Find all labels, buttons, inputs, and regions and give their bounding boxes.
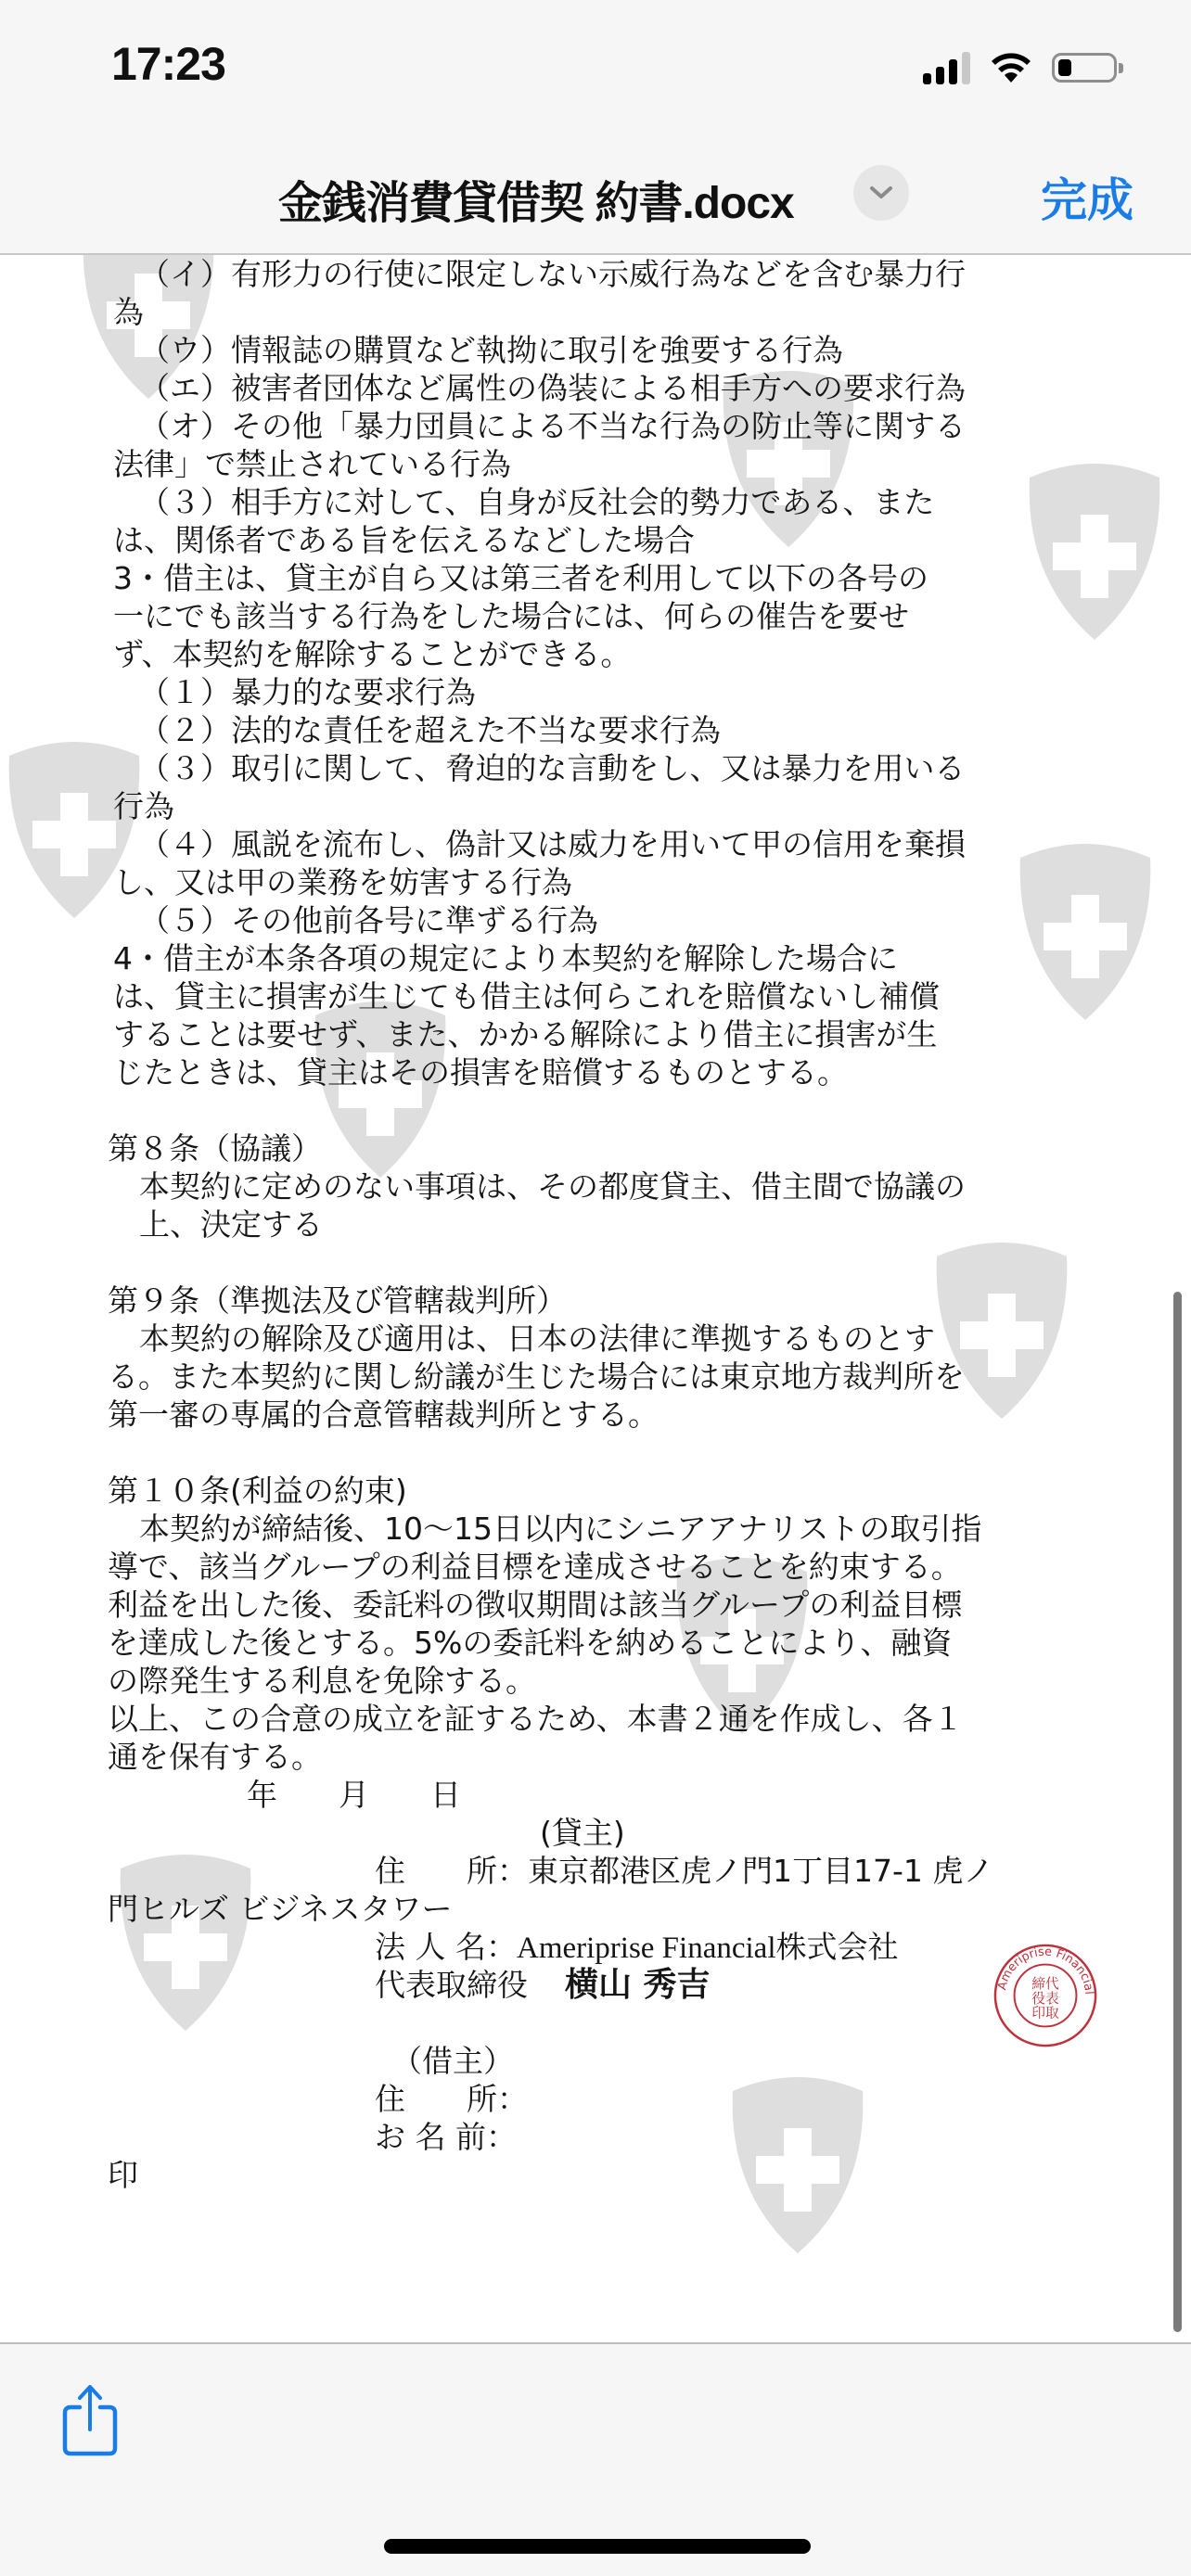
chevron-down-icon	[869, 185, 893, 200]
article-8-heading: 第８条（協議）	[108, 1129, 1078, 1167]
doc-line: （２）法的な責任を超えた不当な要求行為	[113, 711, 1078, 749]
doc-line: することは要せず、また、かかる解除により借主に損害が生	[113, 1015, 1078, 1053]
company-seal-stamp: Ameriprise Financial 締代 役表 印取	[991, 1941, 1100, 2050]
doc-line: 本契約が締結後、10～15日以内にシニアアナリストの取引指	[113, 1510, 1078, 1548]
doc-line: 上、決定する	[113, 1205, 1078, 1243]
doc-line: 法律」で禁止されている行為	[113, 445, 1078, 483]
closing-line: 通を保有する。	[108, 1738, 1078, 1776]
doc-line: 本契約に定めのない事項は、その都度貸主、借主間で協議の	[113, 1167, 1078, 1205]
article-10-heading: 第１０条(利益の約束)	[108, 1472, 1078, 1510]
share-icon[interactable]	[61, 2383, 119, 2457]
wifi-icon	[991, 52, 1031, 83]
status-bar: 17:23	[0, 0, 1191, 139]
doc-line: る。また本契約に関し紛議が生じた場合には東京地方裁判所を	[108, 1358, 1078, 1396]
doc-line: じたときは、貸主はその損害を賠償するものとする。	[113, 1053, 1078, 1091]
corp-value: Ameriprise Financial株式会社	[517, 1932, 899, 1965]
borrower-seal-mark: 印	[108, 2156, 1078, 2194]
doc-line: 利益を出した後、委託料の徴収期間は該当グループの利益目標	[108, 1586, 1078, 1624]
closing-line: 以上、この合意の成立を証するため、本書２通を作成し、各１	[108, 1700, 1078, 1738]
doc-line: を達成した後とする。5%の委託料を納めることにより、融資	[108, 1624, 1078, 1662]
bottom-toolbar	[0, 2342, 1191, 2576]
doc-line: ず、本契約を解除することができる。	[113, 635, 1078, 673]
svg-text:印取: 印取	[1031, 2006, 1059, 2021]
doc-line: 為	[113, 293, 1078, 331]
done-button[interactable]: 完成	[1041, 163, 1133, 230]
document-title[interactable]: 金銭消費貸借契 約書.docx	[278, 167, 794, 231]
date-line: 年 月 日	[113, 1776, 1078, 1814]
doc-line: は、関係者である旨を伝えるなどした場合	[113, 521, 1078, 559]
doc-line: 4・借主が本条各項の規定により本契約を解除した場合に	[113, 939, 1078, 977]
title-menu-button[interactable]	[853, 165, 909, 221]
article-9-heading: 第９条（準拠法及び管轄裁判所）	[108, 1282, 1078, 1320]
doc-line: 一にでも該当する行為をした場合には、何らの催告を要せ	[113, 597, 1078, 635]
cellular-signal-icon	[923, 51, 970, 84]
doc-line: （オ）その他「暴力団員による不当な行為の防止等に関する	[113, 407, 1078, 445]
lender-label: (貸主)	[113, 1814, 1078, 1852]
doc-line: の際発生する利息を免除する。	[108, 1662, 1078, 1700]
borrower-name-label: お 名 前：	[113, 2118, 1078, 2156]
doc-line: （３）相手方に対して、自身が反社会的勢力である、また	[113, 483, 1078, 521]
document-viewer[interactable]: （イ）有形力の行使に限定しない示威行為などを含む暴力行 為 （ウ）情報誌の購買な…	[0, 255, 1191, 2341]
doc-line: 第一審の専属的合意管轄裁判所とする。	[108, 1396, 1078, 1434]
corp-label: 法 人 名：	[375, 1929, 517, 1965]
lender-rep: 代表取締役横山 秀吉	[113, 1966, 1078, 2004]
doc-line: （ウ）情報誌の購買など執拗に取引を強要する行為	[113, 331, 1078, 369]
doc-line: 本契約の解除及び適用は、日本の法律に準拠するものとす	[113, 1320, 1078, 1358]
doc-line: 行為	[113, 787, 1078, 825]
doc-line: 3・借主は、貸主が自ら又は第三者を利用して以下の各号の	[113, 559, 1078, 597]
doc-line: （イ）有形力の行使に限定しない示威行為などを含む暴力行	[113, 255, 1078, 293]
doc-line: （５）その他前各号に準ずる行為	[113, 901, 1078, 939]
rep-label: 代表取締役	[375, 1967, 528, 2003]
borrower-address-label: 住 所：	[113, 2080, 1078, 2118]
lender-corp: 法 人 名：Ameriprise Financial株式会社	[113, 1928, 1078, 1966]
home-indicator	[384, 2539, 811, 2554]
doc-line: 導で、該当グループの利益目標を達成させることを約束する。	[108, 1548, 1078, 1586]
doc-line: （エ）被害者団体など属性の偽装による相手方への要求行為	[113, 369, 1078, 407]
status-icons	[923, 51, 1117, 84]
address-label: 住 所：	[375, 1853, 528, 1889]
navigation-bar: 金銭消費貸借契 約書.docx 完成	[0, 139, 1191, 255]
address-value: 東京都港区虎ノ門1丁目17-1 虎ノ	[528, 1853, 993, 1889]
status-time: 17:23	[111, 37, 225, 91]
battery-low-icon	[1052, 53, 1117, 83]
document-body: （イ）有形力の行使に限定しない示威行為などを含む暴力行 為 （ウ）情報誌の購買な…	[113, 255, 1078, 2194]
rep-name: 横山 秀吉	[565, 1966, 711, 2004]
svg-text:役表: 役表	[1031, 1990, 1059, 2007]
doc-line: （１）暴力的な要求行為	[113, 673, 1078, 711]
lender-address: 住 所：東京都港区虎ノ門1丁目17-1 虎ノ	[113, 1852, 1078, 1890]
lender-address-cont: 門ヒルズ ビジネスタワー	[108, 1890, 1078, 1928]
doc-line: し、又は甲の業務を妨害する行為	[113, 863, 1078, 901]
vertical-scrollbar[interactable]	[1173, 1292, 1182, 2332]
doc-line: （３）取引に関して、脅迫的な言動をし、又は暴力を用いる	[113, 749, 1078, 787]
doc-line: （４）風説を流布し、偽計又は威力を用いて甲の信用を棄損	[113, 825, 1078, 863]
borrower-label: （借主）	[113, 2042, 1078, 2080]
svg-text:締代: 締代	[1031, 1975, 1059, 1992]
doc-line: は、貸主に損害が生じても借主は何らこれを賠償ないし補償	[113, 977, 1078, 1015]
